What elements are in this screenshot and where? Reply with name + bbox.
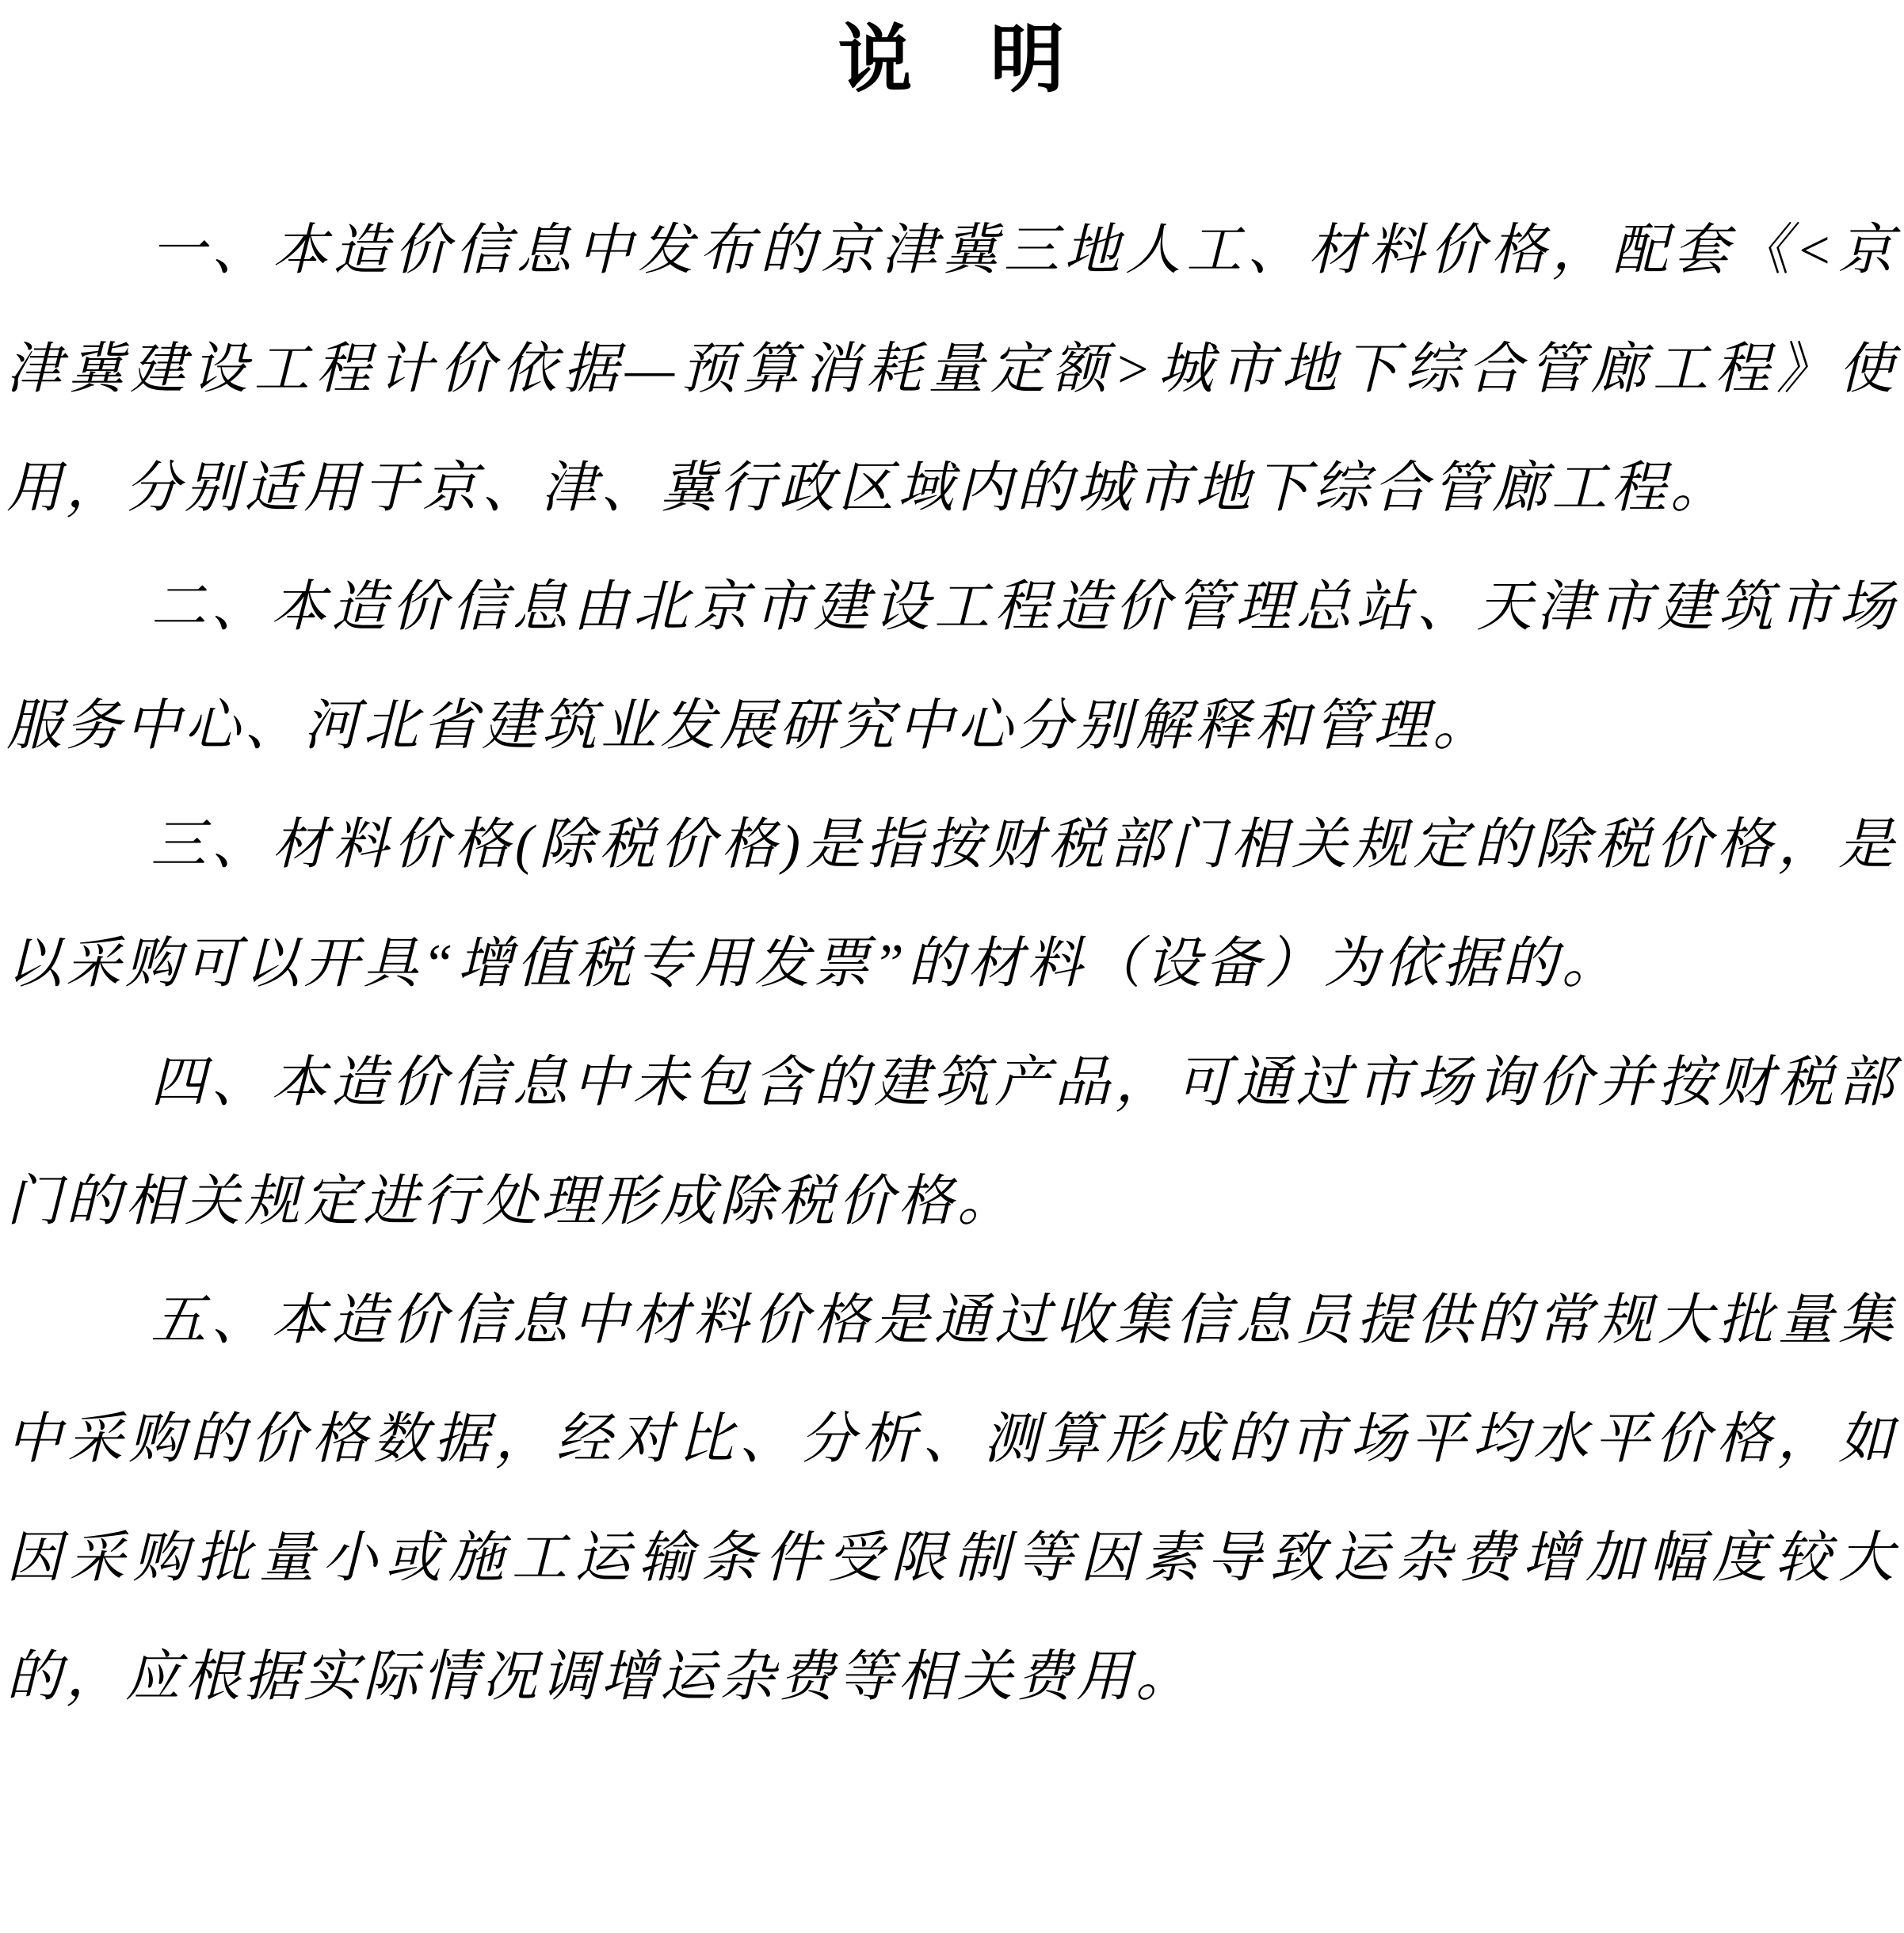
paragraph-5: 五、本造价信息中材料价格是通过收集信息员提供的常规大批量集中采购的价格数据，经对… — [6, 1262, 1898, 1737]
paragraph-3: 三、材料价格(除税价格)是指按财税部门相关规定的除税价格，是以采购可以开具“增值… — [6, 786, 1898, 1024]
paragraph-1: 一、本造价信息中发布的京津冀三地人工、材料价格，配套《<京津冀建设工程计价依据—… — [6, 192, 1898, 548]
paragraph-4: 四、本造价信息中未包含的建筑产品，可通过市场询价并按财税部门的相关规定进行处理形… — [6, 1024, 1898, 1262]
page-title: 说 明 — [6, 17, 1898, 103]
document-page: 说 明 一、本造价信息中发布的京津冀三地人工、材料价格，配套《<京津冀建设工程计… — [0, 0, 1904, 1933]
paragraph-2: 二、本造价信息由北京市建设工程造价管理总站、天津市建筑市场服务中心、河北省建筑业… — [6, 548, 1898, 786]
